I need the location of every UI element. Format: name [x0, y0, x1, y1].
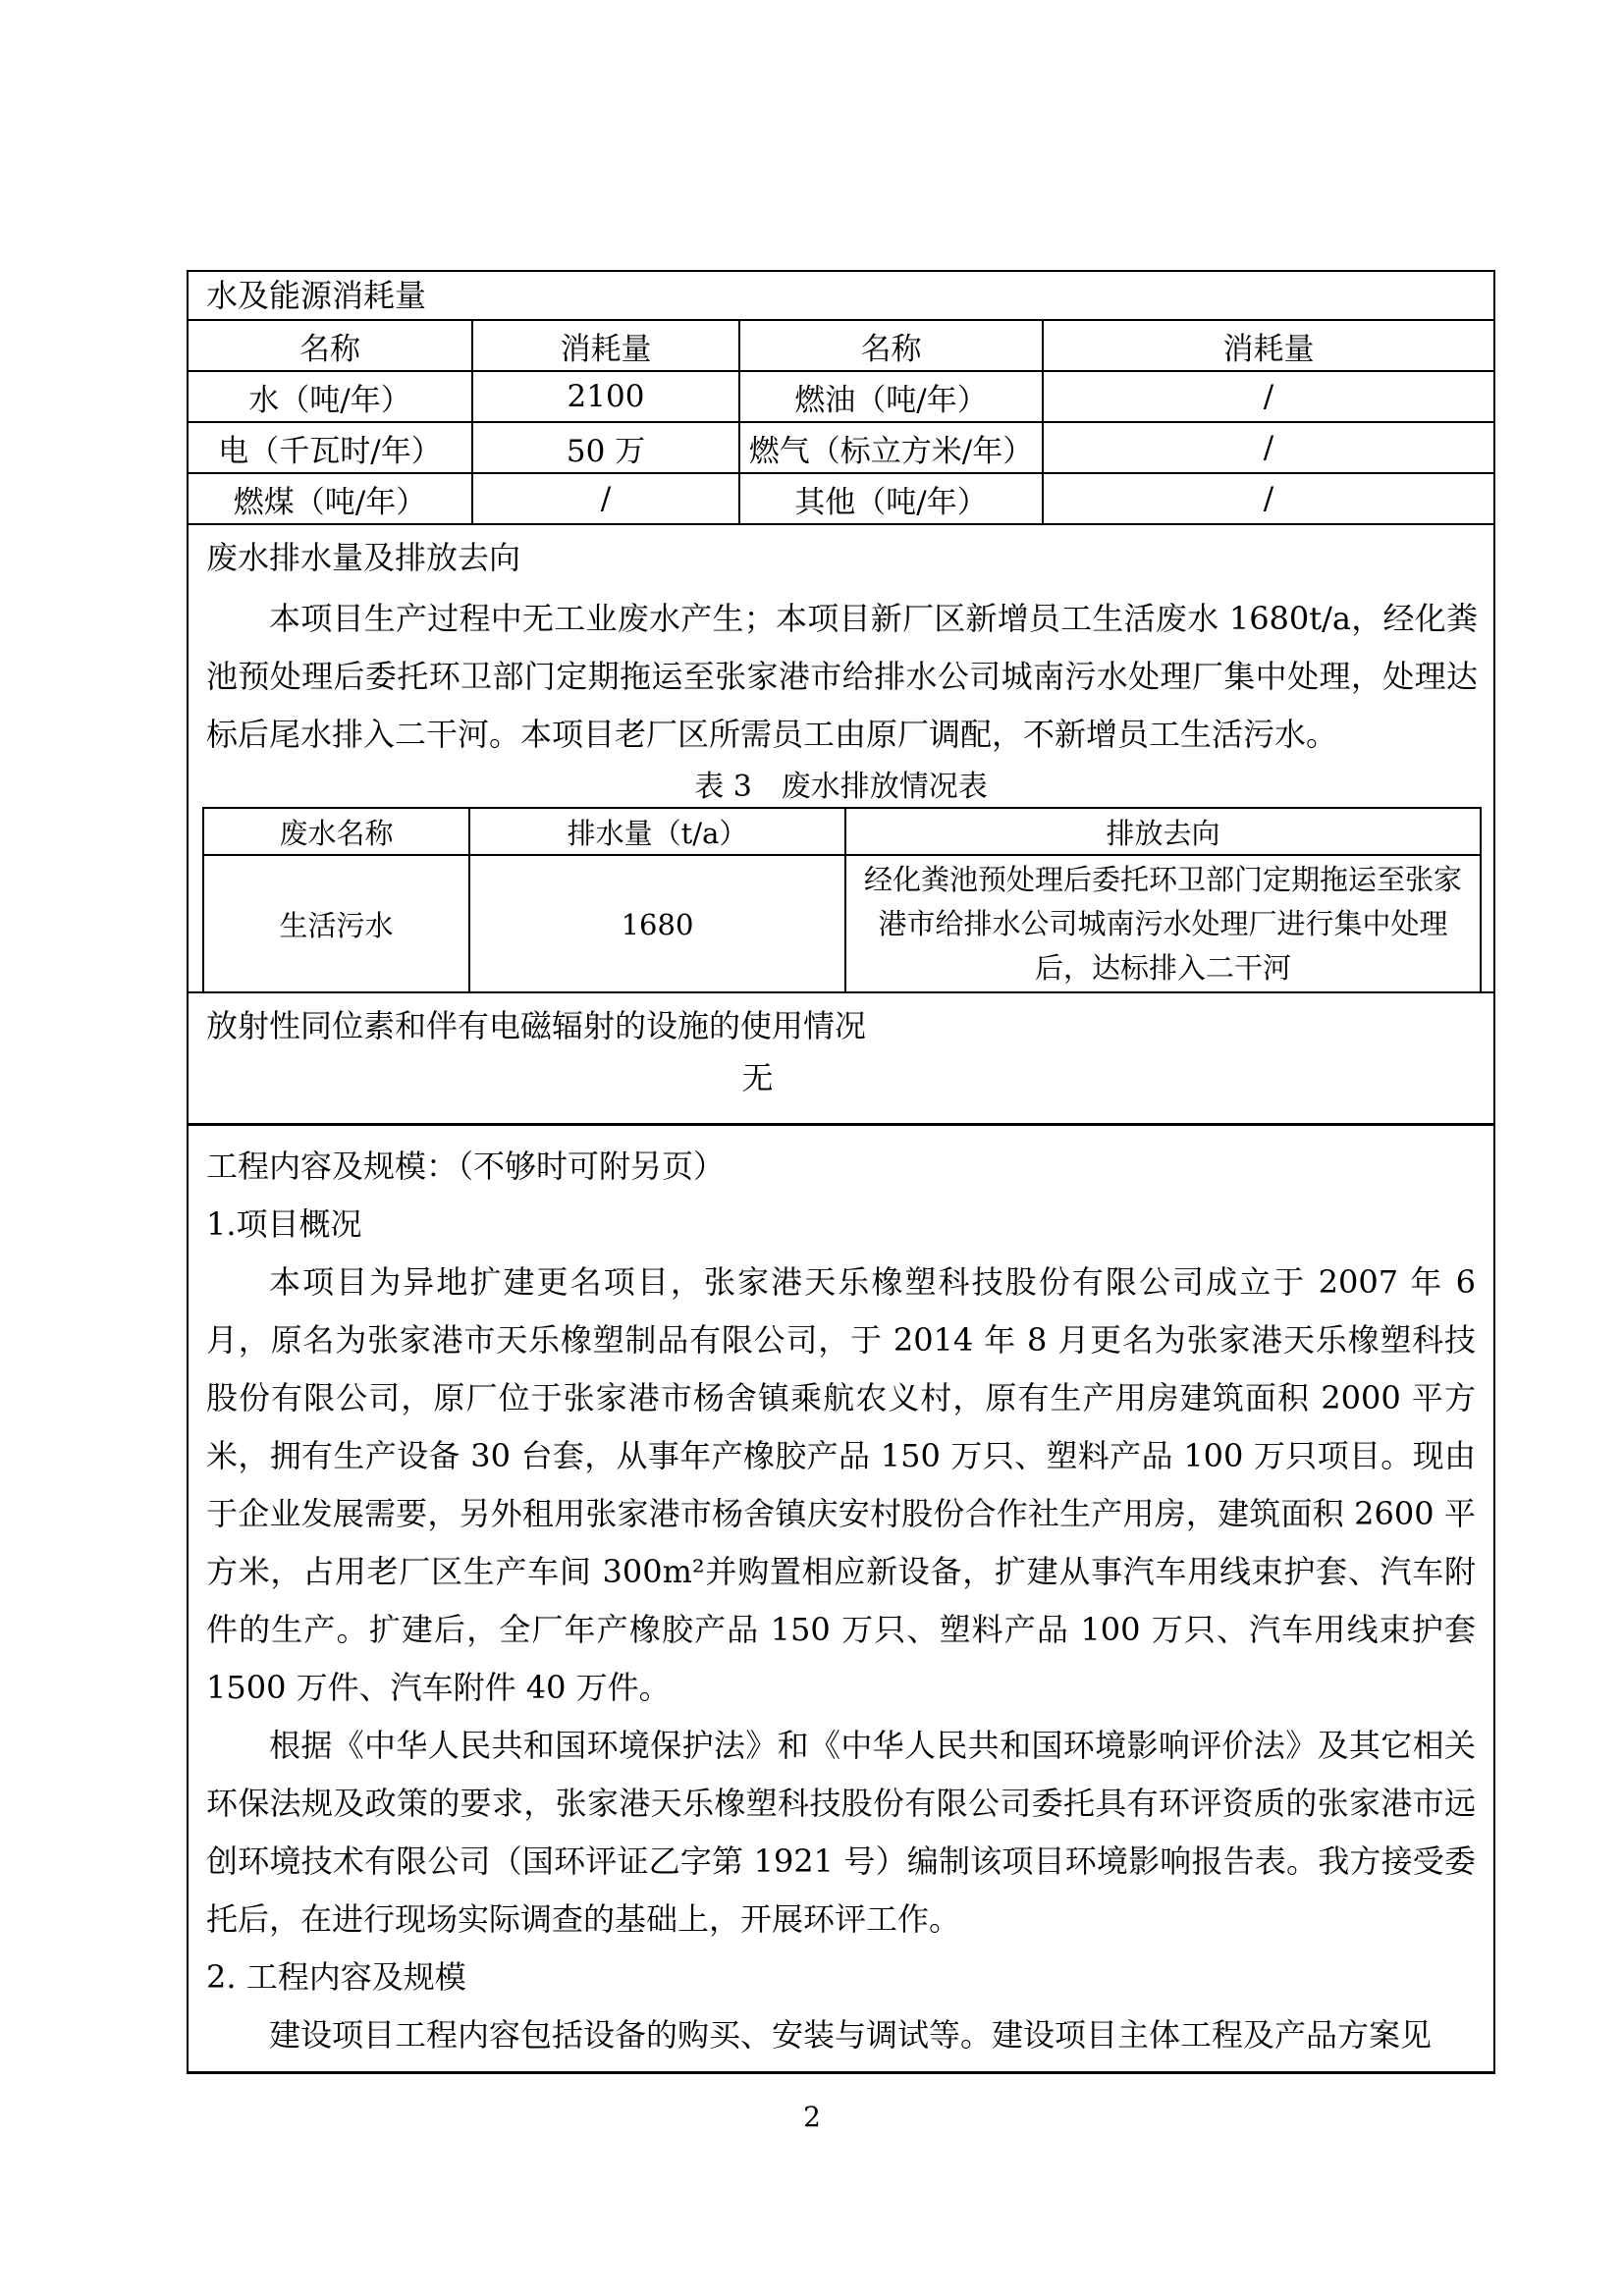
energy-cell-fueloil-amount: / [1043, 371, 1493, 422]
energy-cell-other-name: 其他（吨/年） [739, 473, 1043, 524]
energy-cell-water-amount: 2100 [472, 371, 739, 422]
energy-consumption-table: 名称 消耗量 名称 消耗量 水（吨/年） 2100 燃油（吨/年） / 电（千瓦… [189, 321, 1493, 525]
wastewater-section: 废水排水量及排放去向 本项目生产过程中无工业废水产生；本项目新厂区新增员工生活废… [189, 525, 1493, 993]
wastewater-table-header-row: 废水名称 排水量（t/a） 排放去向 [203, 808, 1481, 855]
energy-cell-other-amount: / [1043, 473, 1493, 524]
waste-header-amount: 排水量（t/a） [469, 808, 845, 855]
wastewater-paragraph: 本项目生产过程中无工业废水产生；本项目新厂区新增员工生活废水 1680t/a，经… [189, 590, 1493, 764]
waste-cell-name: 生活污水 [203, 855, 469, 993]
table-row: 燃煤（吨/年） / 其他（吨/年） / [189, 473, 1493, 524]
page-number: 2 [0, 2101, 1624, 2133]
report-form-table: 水及能源消耗量 名称 消耗量 名称 消耗量 水（吨/年） 2100 燃油（吨/年… [187, 270, 1495, 2074]
energy-header-name-2: 名称 [739, 321, 1043, 371]
project-overview-heading: 1.项目概况 [206, 1196, 1476, 1254]
table-row: 水（吨/年） 2100 燃油（吨/年） / [189, 371, 1493, 422]
project-scale-heading: 2. 工程内容及规模 [206, 1949, 1476, 2006]
project-section: 工程内容及规模：（不够时可附另页） 1.项目概况 本项目为异地扩建更名项目，张家… [189, 1126, 1493, 2073]
wastewater-section-title: 废水排水量及排放去向 [189, 525, 1493, 580]
energy-header-amount-1: 消耗量 [472, 321, 739, 371]
energy-cell-coal-amount: / [472, 473, 739, 524]
radiation-section-value: 无 [189, 1056, 1493, 1099]
energy-cell-water-name: 水（吨/年） [189, 371, 472, 422]
energy-header-amount-2: 消耗量 [1043, 321, 1493, 371]
table-row: 生活污水 1680 经化粪池预处理后委托环卫部门定期拖运至张家港市给排水公司城南… [203, 855, 1481, 993]
document-page: 水及能源消耗量 名称 消耗量 名称 消耗量 水（吨/年） 2100 燃油（吨/年… [0, 0, 1624, 2296]
waste-cell-amount: 1680 [469, 855, 845, 993]
energy-table-header-row: 名称 消耗量 名称 消耗量 [189, 321, 1493, 371]
energy-cell-gas-amount: / [1043, 422, 1493, 473]
project-section-title: 工程内容及规模：（不够时可附另页） [206, 1138, 1476, 1196]
energy-cell-electricity-amount: 50 万 [472, 422, 739, 473]
project-basis-paragraph: 根据《中华人民共和国环境保护法》和《中华人民共和国环境影响评价法》及其它相关环保… [206, 1717, 1476, 1949]
waste-cell-destination: 经化粪池预处理后委托环卫部门定期拖运至张家港市给排水公司城南污水处理厂进行集中处… [845, 855, 1481, 993]
radiation-section-title: 放射性同位素和伴有电磁辐射的设施的使用情况 [189, 993, 1493, 1048]
project-scale-paragraph: 建设项目工程内容包括设备的购买、安装与调试等。建设项目主体工程及产品方案见 [206, 2006, 1476, 2064]
energy-cell-coal-name: 燃煤（吨/年） [189, 473, 472, 524]
energy-header-name-1: 名称 [189, 321, 472, 371]
waste-header-name: 废水名称 [203, 808, 469, 855]
energy-cell-gas-name: 燃气（标立方米/年） [739, 422, 1043, 473]
table-row: 电（千瓦时/年） 50 万 燃气（标立方米/年） / [189, 422, 1493, 473]
energy-table-caption: 水及能源消耗量 [189, 272, 1493, 321]
energy-cell-fueloil-name: 燃油（吨/年） [739, 371, 1043, 422]
energy-cell-electricity-name: 电（千瓦时/年） [189, 422, 472, 473]
waste-header-destination: 排放去向 [845, 808, 1481, 855]
wastewater-table-caption: 表 3 废水排放情况表 [189, 770, 1493, 805]
radiation-section: 放射性同位素和伴有电磁辐射的设施的使用情况 无 [189, 993, 1493, 1126]
wastewater-discharge-table: 废水名称 排水量（t/a） 排放去向 生活污水 1680 经化粪池预处理后委托环… [202, 807, 1482, 993]
project-overview-paragraph: 本项目为异地扩建更名项目，张家港天乐橡塑科技股份有限公司成立于 2007 年 6… [206, 1254, 1476, 1717]
